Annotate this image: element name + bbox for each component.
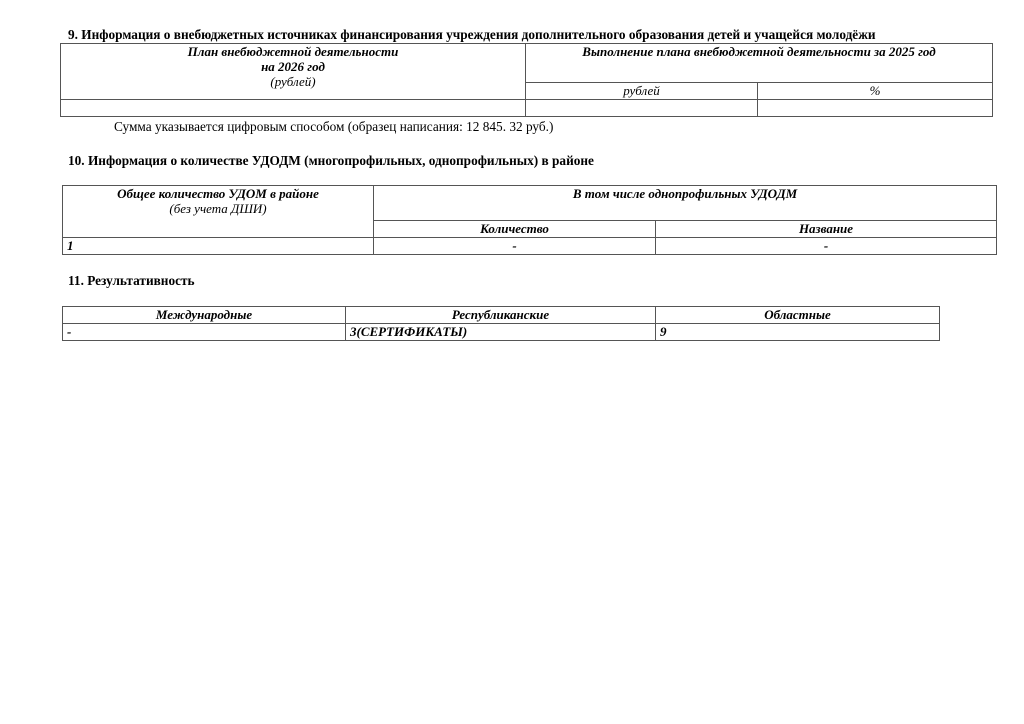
international-value: - (63, 324, 346, 341)
sum-format-note: Сумма указывается цифровым способом (обр… (114, 119, 553, 135)
regional-value: 9 (656, 324, 940, 341)
plan-header-cell: План внебюджетной деятельности на 2026 г… (61, 44, 526, 100)
regional-header: Областные (656, 307, 940, 324)
section-10-table: Общее количество УДОМ в районе (без учет… (62, 185, 997, 255)
plan-header-line1: План внебюджетной деятельности (65, 44, 521, 59)
table-row (61, 100, 993, 117)
count-value-cell: - (374, 238, 656, 255)
execution-header: Выполнение плана внебюджетной деятельнос… (526, 44, 993, 83)
section-11-title: 11. Результативность (68, 273, 195, 289)
plan-header-line2: на 2026 год (65, 59, 521, 74)
section-11-table: Международные Республиканские Областные … (62, 306, 940, 341)
plan-header-line3: (рублей) (65, 74, 521, 89)
section-9-title: 9. Информация о внебюджетных источниках … (68, 27, 876, 43)
total-header-cell: Общее количество УДОМ в районе (без учет… (63, 186, 374, 238)
name-value-cell: - (656, 238, 997, 255)
rubles-value-cell (526, 100, 758, 117)
name-subheader: Название (656, 221, 997, 238)
section-10-title: 10. Информация о количестве УДОДМ (много… (68, 153, 594, 169)
percent-subheader: % (758, 83, 993, 100)
republican-value: 3(СЕРТИФИКАТЫ) (346, 324, 656, 341)
total-header-line2: (без учета ДШИ) (67, 201, 369, 216)
total-value-cell: 1 (63, 238, 374, 255)
table-row: 1 - - (63, 238, 997, 255)
republican-header: Республиканские (346, 307, 656, 324)
total-header-line1: Общее количество УДОМ в районе (67, 186, 369, 201)
single-profile-header: В том числе однопрофильных УДОДМ (374, 186, 997, 221)
count-subheader: Количество (374, 221, 656, 238)
plan-value-cell (61, 100, 526, 117)
rubles-subheader: рублей (526, 83, 758, 100)
percent-value-cell (758, 100, 993, 117)
section-9-table: План внебюджетной деятельности на 2026 г… (60, 43, 993, 117)
international-header: Международные (63, 307, 346, 324)
table-row: - 3(СЕРТИФИКАТЫ) 9 (63, 324, 940, 341)
